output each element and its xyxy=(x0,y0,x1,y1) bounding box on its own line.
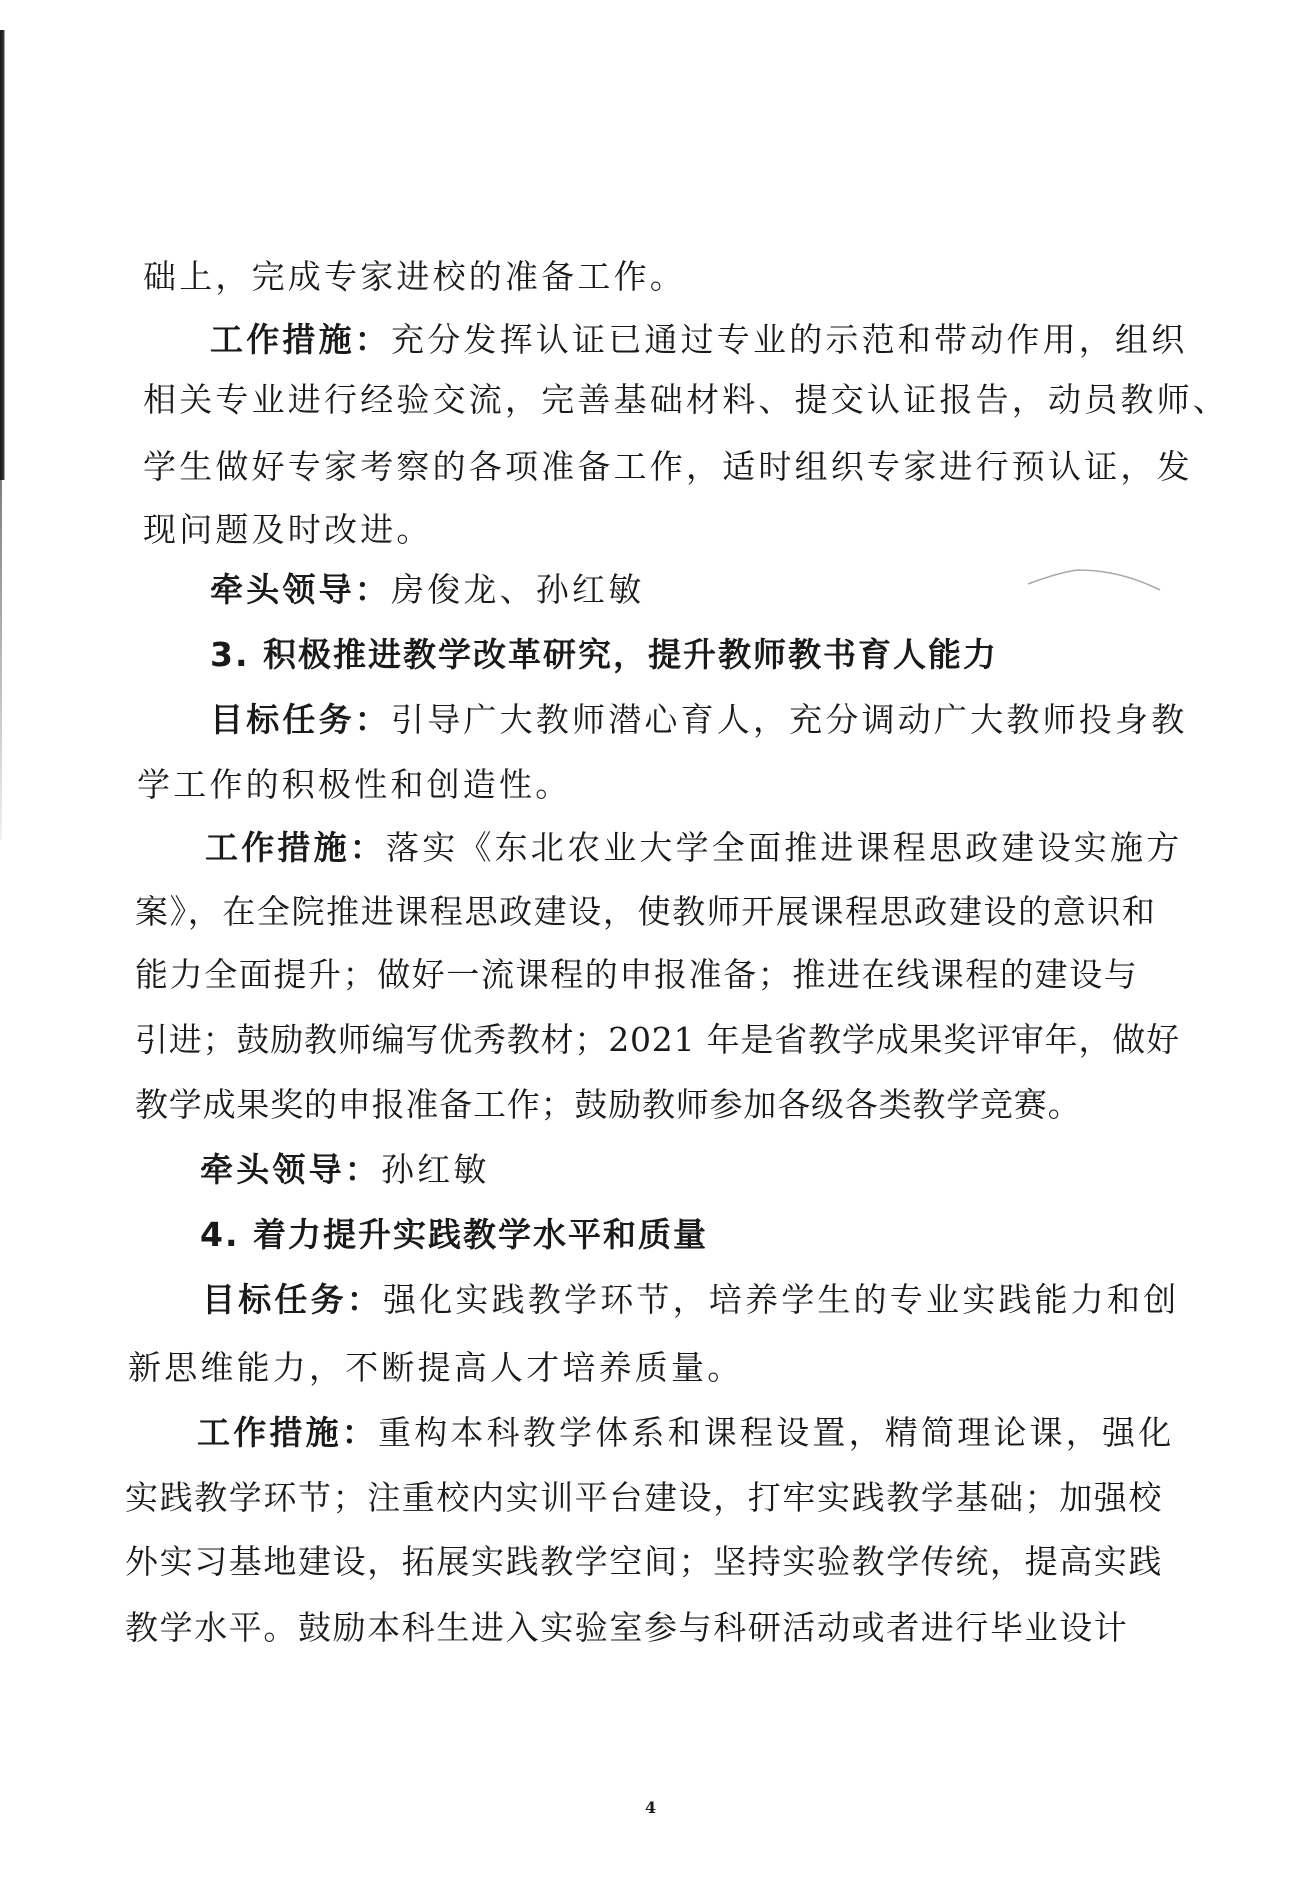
body-line: 外实习基地建设，拓展实践教学空间；坚持实验教学传统，提高实践 xyxy=(125,1542,1163,1582)
label-target-task: 目标任务： xyxy=(210,700,391,739)
body-line: 相关专业进行经验交流，完善基础材料、提交认证报告，动员教师、 xyxy=(143,380,1229,420)
target-task-line: 目标任务：强化实践教学环节，培养学生的专业实践能力和创 xyxy=(202,1280,1179,1320)
label-target-task: 目标任务： xyxy=(202,1280,383,1319)
measures-paragraph-line: 工作措施：落实《东北农业大学全面推进课程思政建设实施方 xyxy=(205,828,1182,868)
section-heading-4: 4. 着力提升实践教学水平和质量 xyxy=(200,1215,708,1255)
body-line: 教学成果奖的申报准备工作；鼓励教师参加各级各类教学竞赛。 xyxy=(135,1085,1081,1125)
body-line: 案》，在全院推进课程思政建设，使教师开展课程思政建设的意识和 xyxy=(135,892,1157,932)
label-work-measures: 工作措施： xyxy=(205,828,386,867)
body-line: 新思维能力，不断提高人才培养质量。 xyxy=(128,1348,743,1388)
body-line: 学工作的积极性和创造性。 xyxy=(137,765,571,805)
scan-edge-shadow xyxy=(0,30,5,480)
body-line: 引进；鼓励教师编写优秀教材；2021 年是省教学成果奖评审年，做好 xyxy=(135,1020,1180,1060)
body-line: 学生做好专家考察的各项准备工作，适时组织专家进行预认证，发 xyxy=(143,447,1193,487)
scan-edge-shadow-lower xyxy=(0,480,2,840)
page-number: 4 xyxy=(645,1798,656,1817)
pen-stroke-mark xyxy=(1020,560,1170,600)
lead-leader-line: 牵头领导：房俊龙、孙红敏 xyxy=(210,570,644,610)
measures-paragraph-line: 工作措施：重构本科教学体系和课程设置，精简理论课，强化 xyxy=(197,1413,1174,1453)
measures-paragraph-line: 工作措施：充分发挥认证已通过专业的示范和带动作用，组织 xyxy=(210,320,1187,360)
body-line: 现问题及时改进。 xyxy=(143,510,433,550)
section-heading-3: 3. 积极推进教学改革研究，提升教师教书育人能力 xyxy=(210,635,998,675)
target-task-line: 目标任务：引导广大教师潜心育人，充分调动广大教师投身教 xyxy=(210,700,1187,740)
lead-leader-line: 牵头领导：孙红敏 xyxy=(200,1150,490,1190)
body-line: 能力全面提升；做好一流课程的申报准备；推进在线课程的建设与 xyxy=(135,955,1138,995)
body-line: 教学水平。鼓励本科生进入实验室参与科研活动或者进行毕业设计 xyxy=(125,1608,1128,1648)
label-work-measures: 工作措施： xyxy=(197,1413,378,1452)
body-line: 实践教学环节；注重校内实训平台建设，打牢实践教学基础；加强校 xyxy=(125,1478,1163,1518)
label-work-measures: 工作措施： xyxy=(210,320,391,359)
label-lead-leader: 牵头领导： xyxy=(210,570,391,609)
label-lead-leader: 牵头领导： xyxy=(200,1150,381,1189)
body-line: 础上，完成专家进校的准备工作。 xyxy=(143,257,686,297)
